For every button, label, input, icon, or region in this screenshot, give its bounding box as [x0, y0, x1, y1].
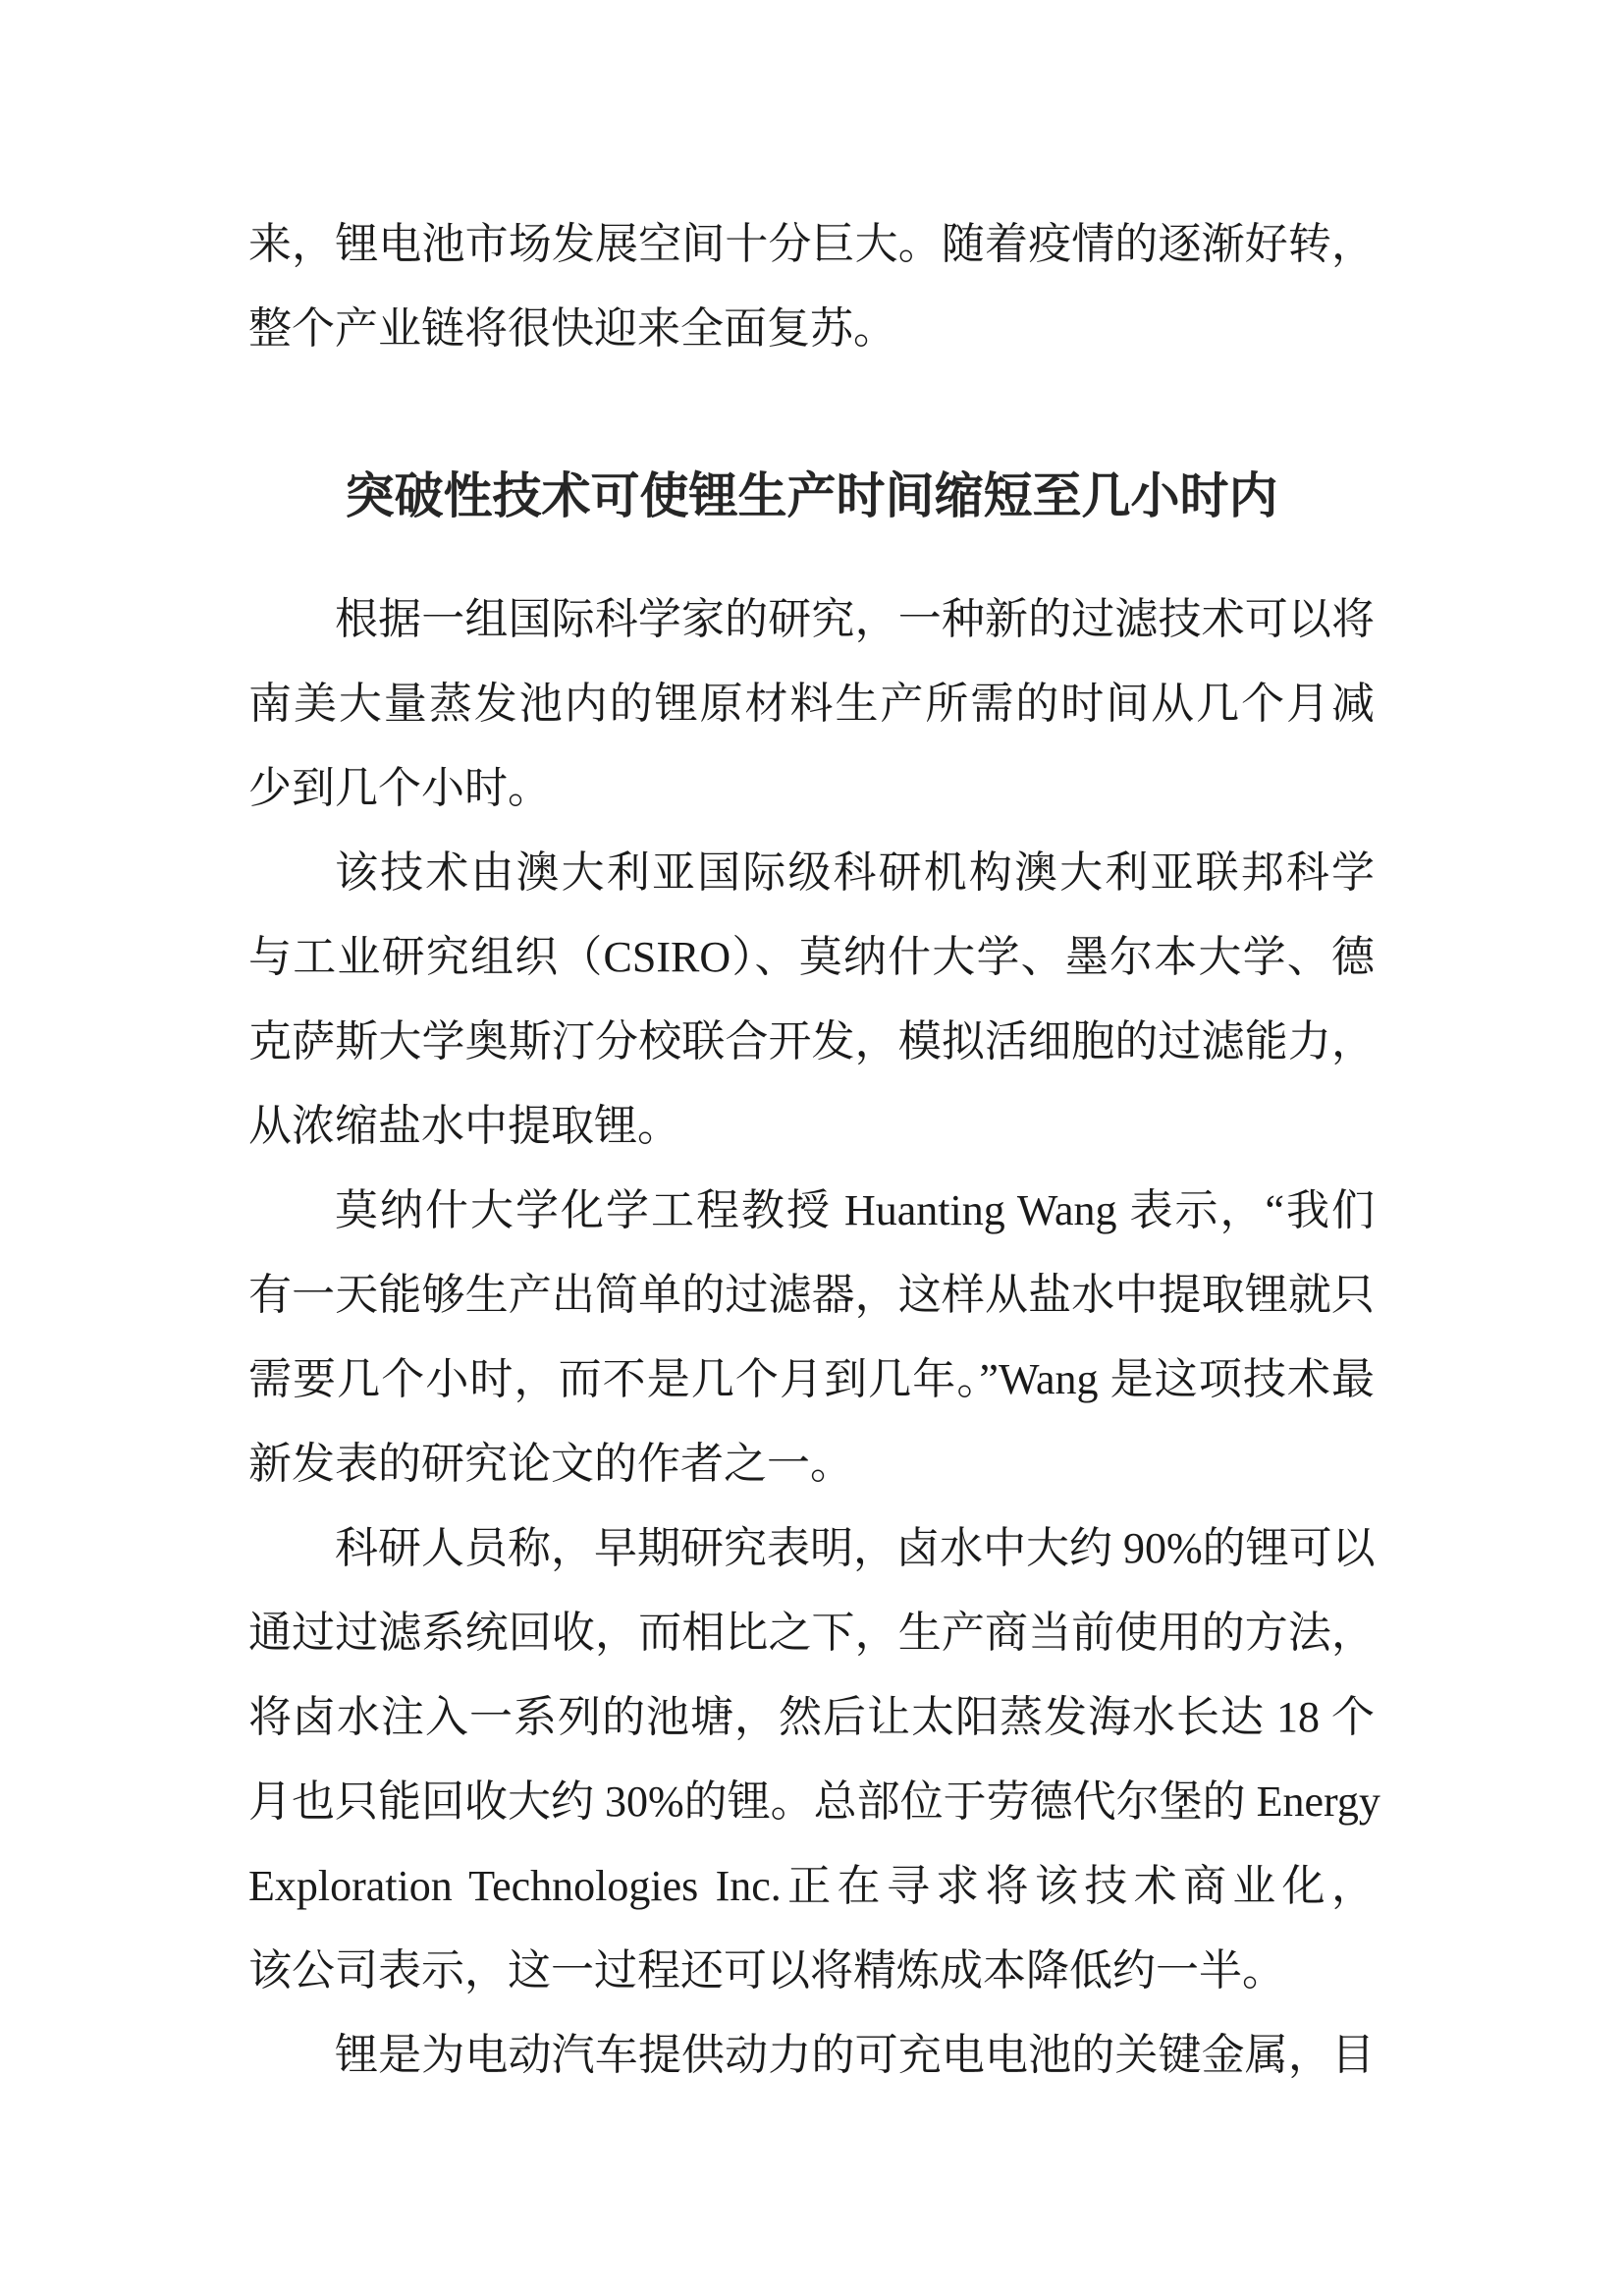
text-line: 与工业研究组织（CSIRO）、莫纳什大学、墨尔本大学、德	[248, 915, 1375, 1000]
section-heading: 突破性技术可使锂生产时间缩短至几小时内	[248, 454, 1375, 538]
text-line: 需要几个小时，而不是几个月到几年。”Wang 是这项技术最	[248, 1338, 1375, 1422]
text-line: 莫纳什大学化学工程教授 Huanting Wang 表示，“我们	[248, 1169, 1375, 1253]
paragraph: 来，锂电池市场发展空间十分巨大。随着疫情的逐渐好转，整个产业链将很快迎来全面复苏…	[248, 202, 1375, 371]
paragraph: 该技术由澳大利亚国际级科研机构澳大利亚联邦科学与工业研究组织（CSIRO）、莫纳…	[248, 831, 1375, 1169]
text-line: 月也只能回收大约 30%的锂。总部位于劳德代尔堡的 Energy	[248, 1760, 1375, 1844]
body-paragraphs-container: 根据一组国际科学家的研究，一种新的过滤技术可以将南美大量蒸发池内的锂原材料生产所…	[248, 577, 1375, 2098]
paragraph: 锂是为电动汽车提供动力的可充电电池的关键金属，目	[248, 2013, 1375, 2098]
text-line: 新发表的研究论文的作者之一。	[248, 1422, 1375, 1506]
document-page: 来，锂电池市场发展空间十分巨大。随着疫情的逐渐好转，整个产业链将很快迎来全面复苏…	[0, 0, 1623, 2296]
paragraph: 根据一组国际科学家的研究，一种新的过滤技术可以将南美大量蒸发池内的锂原材料生产所…	[248, 577, 1375, 831]
text-line: 来，锂电池市场发展空间十分巨大。随着疫情的逐渐好转，	[248, 202, 1375, 287]
text-line: 有一天能够生产出简单的过滤器，这样从盐水中提取锂就只	[248, 1253, 1375, 1338]
text-line: 锂是为电动汽车提供动力的可充电电池的关键金属，目	[248, 2013, 1375, 2098]
text-line: 根据一组国际科学家的研究，一种新的过滤技术可以将	[248, 577, 1375, 662]
text-line: 克萨斯大学奥斯汀分校联合开发，模拟活细胞的过滤能力，	[248, 1000, 1375, 1084]
text-line: 从浓缩盐水中提取锂。	[248, 1084, 1375, 1169]
paragraph: 莫纳什大学化学工程教授 Huanting Wang 表示，“我们有一天能够生产出…	[248, 1169, 1375, 1506]
text-line: 通过过滤系统回收，而相比之下，生产商当前使用的方法，	[248, 1591, 1375, 1675]
paragraph: 科研人员称，早期研究表明，卤水中大约 90%的锂可以通过过滤系统回收，而相比之下…	[248, 1506, 1375, 2013]
text-line: 整个产业链将很快迎来全面复苏。	[248, 287, 1375, 371]
text-line: 少到几个小时。	[248, 746, 1375, 831]
text-line: 科研人员称，早期研究表明，卤水中大约 90%的锂可以	[248, 1506, 1375, 1591]
text-line: 将卤水注入一系列的池塘，然后让太阳蒸发海水长达 18 个	[248, 1675, 1375, 1760]
lead-paragraph-container: 来，锂电池市场发展空间十分巨大。随着疫情的逐渐好转，整个产业链将很快迎来全面复苏…	[248, 202, 1375, 371]
text-line: 该公司表示，这一过程还可以将精炼成本降低约一半。	[248, 1929, 1375, 2013]
text-line: 该技术由澳大利亚国际级科研机构澳大利亚联邦科学	[248, 831, 1375, 915]
text-line: Exploration Technologies Inc.正在寻求将该技术商业化…	[248, 1844, 1375, 1929]
text-line: 南美大量蒸发池内的锂原材料生产所需的时间从几个月减	[248, 662, 1375, 746]
text-column: 来，锂电池市场发展空间十分巨大。随着疫情的逐渐好转，整个产业链将很快迎来全面复苏…	[248, 202, 1375, 2098]
